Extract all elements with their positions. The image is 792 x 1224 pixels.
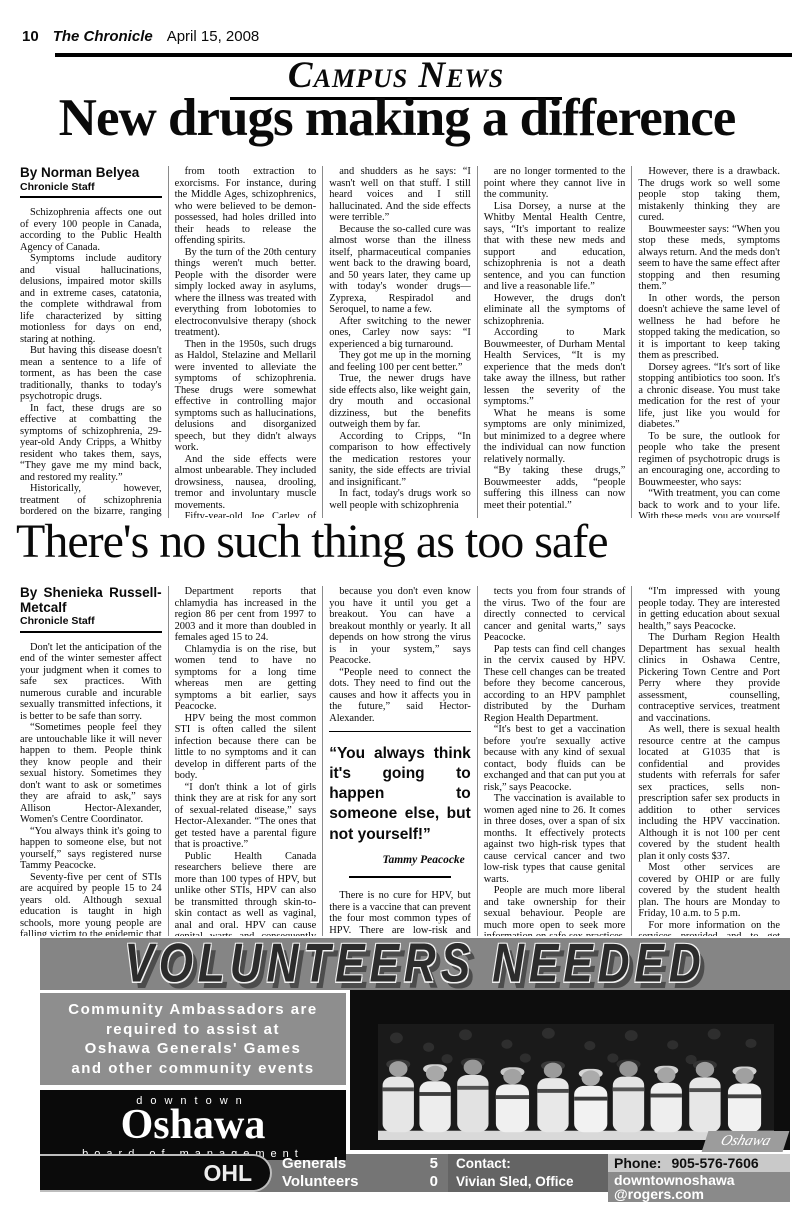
byline-author: By Norman Belyea bbox=[20, 166, 162, 181]
paragraph: because you don't even know you have it … bbox=[329, 586, 471, 667]
paragraph: By the turn of the 20th century things w… bbox=[175, 247, 317, 339]
paragraph: Public Health Canada researchers believe… bbox=[175, 851, 317, 937]
score-row-volunteers: Volunteers 0 bbox=[282, 1174, 438, 1191]
email-address: downtownoshawa @rogers.com bbox=[608, 1172, 790, 1202]
byline-organization: Chronicle Staff bbox=[20, 616, 162, 628]
paragraph: After switching to the newer ones, Carle… bbox=[329, 316, 471, 351]
team-score: 5 bbox=[430, 1156, 438, 1173]
paragraph: In fact, these drugs are so effective at… bbox=[20, 403, 162, 484]
ad-title-band: VOLUNTEERS NEEDED bbox=[40, 938, 790, 990]
paragraph: Most other services are covered by OHIP … bbox=[638, 862, 780, 920]
article1: By Norman Belyea Chronicle Staff Schizop… bbox=[20, 166, 780, 518]
article1-byline: By Norman Belyea Chronicle Staff bbox=[20, 166, 162, 198]
article2-col3-text-after: There is no cure for HPV, but there is a… bbox=[329, 890, 471, 936]
byline-organization: Chronicle Staff bbox=[20, 182, 162, 194]
article2-column-1: By Shenieka Russell-Metcalf Chronicle St… bbox=[20, 586, 168, 936]
team-photo: Oshawa bbox=[350, 990, 790, 1150]
paragraph: They got me up in the morning and feelin… bbox=[329, 350, 471, 373]
paragraph: Dorsey agrees. “It's sort of like stoppi… bbox=[638, 362, 780, 431]
article2-column-5: “I'm impressed with young people today. … bbox=[631, 586, 780, 936]
paragraph: Bouwmeester says: “When you stop these m… bbox=[638, 224, 780, 293]
article2-column-2: Department reports that chlamydia has in… bbox=[168, 586, 323, 936]
publication-name: The Chronicle bbox=[53, 28, 153, 45]
paragraph: HPV being the most common STI is often c… bbox=[175, 713, 317, 782]
article1-column-1: By Norman Belyea Chronicle Staff Schizop… bbox=[20, 166, 168, 518]
paragraph: In other words, the person doesn't achie… bbox=[638, 293, 780, 362]
paragraph: “By taking these drugs,” Bouwmeester add… bbox=[484, 465, 626, 511]
article2-col3-text-before: because you don't even know you have it … bbox=[329, 586, 471, 724]
paragraph: And the side effects were almost unbeara… bbox=[175, 454, 317, 512]
pull-quote: “You always think it's going to happen t… bbox=[329, 731, 471, 878]
article1-column-3: and shudders as he says: “I wasn't well … bbox=[322, 166, 477, 518]
ad-left-column: Community Ambassadors arerequired to ass… bbox=[40, 990, 346, 1150]
paragraph: Oshawa Generals' Games bbox=[44, 1039, 342, 1059]
paragraph: For more information on the services pro… bbox=[638, 920, 780, 937]
issue-date: April 15, 2008 bbox=[167, 28, 260, 45]
contact-details: Phone: 905-576-7606 downtownoshawa @roge… bbox=[608, 1154, 790, 1192]
contact-box: For Information Contact: Vivian Sled, Of… bbox=[448, 1154, 608, 1192]
ad-body: Community Ambassadors arerequired to ass… bbox=[40, 990, 790, 1150]
score-row-generals: Generals 5 bbox=[282, 1156, 438, 1173]
article2: By Shenieka Russell-Metcalf Chronicle St… bbox=[20, 586, 780, 936]
email-line-1: downtownoshawa bbox=[614, 1173, 784, 1187]
paragraph: “With treatment, you can come back to wo… bbox=[638, 488, 780, 518]
paragraph: “I don't think a lot of girls think they… bbox=[175, 782, 317, 851]
scoreboard: OHL Generals 5 Volunteers 0 For Informat… bbox=[40, 1154, 790, 1192]
paragraph: required to assist at bbox=[44, 1020, 342, 1040]
team-score: 0 bbox=[430, 1174, 438, 1191]
advertisement: VOLUNTEERS NEEDED Community Ambassadors … bbox=[40, 938, 790, 1190]
pull-quote-text: “You always think it's going to happen t… bbox=[329, 744, 471, 845]
ad-title: VOLUNTEERS NEEDED bbox=[124, 938, 705, 990]
paragraph: There is no cure for HPV, but there is a… bbox=[329, 890, 471, 936]
paragraph: Department reports that chlamydia has in… bbox=[175, 586, 317, 644]
paragraph: However, the drugs don't eliminate all t… bbox=[484, 293, 626, 328]
article2-byline: By Shenieka Russell-Metcalf Chronicle St… bbox=[20, 586, 162, 633]
paragraph: Don't let the anticipation of the end of… bbox=[20, 642, 162, 723]
byline-author: By Shenieka Russell-Metcalf bbox=[20, 586, 162, 615]
paragraph: In fact, today's drugs work so well peop… bbox=[329, 488, 471, 511]
paragraph: “Sometimes people feel they are untoucha… bbox=[20, 722, 162, 826]
paragraph: and shudders as he says: “I wasn't well … bbox=[329, 166, 471, 224]
article1-column-5: However, there is a drawback. The drugs … bbox=[631, 166, 780, 518]
page-header: 10 The Chronicle April 15, 2008 bbox=[22, 28, 259, 45]
contact-name: Vivian Sled, Office Manager bbox=[456, 1173, 600, 1208]
article1-headline: New drugs making a difference bbox=[20, 92, 774, 145]
paragraph: According to Mark Bouwmeester, of Durham… bbox=[484, 327, 626, 408]
paragraph: To be sure, the outlook for people who t… bbox=[638, 431, 780, 489]
paragraph: What he means is some symptoms are only … bbox=[484, 408, 626, 466]
paragraph: Community Ambassadors are bbox=[44, 1000, 342, 1020]
paragraph: Symptoms include auditory and visual hal… bbox=[20, 253, 162, 345]
page-number: 10 bbox=[22, 28, 39, 45]
paragraph: Because the so-called cure was almost wo… bbox=[329, 224, 471, 316]
paragraph: According to Cripps, “In comparison to h… bbox=[329, 431, 471, 489]
newspaper-page: 10 The Chronicle April 15, 2008 Campus N… bbox=[0, 0, 792, 1224]
email-line-2: @rogers.com bbox=[614, 1187, 784, 1201]
paragraph: As well, there is sexual health resource… bbox=[638, 724, 780, 862]
team-photo-illustration bbox=[378, 1024, 774, 1140]
paragraph: The Durham Region Health Department has … bbox=[638, 632, 780, 724]
ad-message: Community Ambassadors arerequired to ass… bbox=[40, 993, 346, 1085]
article1-col1-text: Schizophrenia affects one out of every 1… bbox=[20, 207, 162, 518]
paragraph: But having this disease doesn't mean a s… bbox=[20, 345, 162, 403]
downtown-oshawa-logo: downtown Oshawa board of management bbox=[40, 1090, 346, 1160]
pull-quote-attribution: Tammy Peacocke bbox=[329, 855, 471, 867]
ohl-badge: OHL bbox=[40, 1154, 272, 1192]
paragraph: Seventy-five per cent of STIs are acquir… bbox=[20, 872, 162, 936]
phone-label: Phone: bbox=[614, 1155, 661, 1171]
phone-strip: Phone: 905-576-7606 bbox=[608, 1154, 790, 1172]
paragraph: True, the newer drugs have side effects … bbox=[329, 373, 471, 431]
paragraph: Lisa Dorsey, a nurse at the Whitby Menta… bbox=[484, 201, 626, 293]
article1-column-4: are no longer tormented to the point whe… bbox=[477, 166, 632, 518]
paragraph: Then in the 1950s, such drugs as Haldol,… bbox=[175, 339, 317, 454]
paragraph: are no longer tormented to the point whe… bbox=[484, 166, 626, 201]
paragraph: and other community events bbox=[44, 1059, 342, 1079]
pull-quote-rule bbox=[349, 876, 451, 878]
paragraph: Pap tests can find cell changes in the c… bbox=[484, 644, 626, 725]
paragraph: The vaccination is available to women ag… bbox=[484, 793, 626, 885]
paragraph: Chlamydia is on the rise, but women tend… bbox=[175, 644, 317, 713]
logo-line-oshawa: Oshawa bbox=[40, 1107, 346, 1145]
article2-column-4: tects you from four strands of the virus… bbox=[477, 586, 632, 936]
paragraph: tects you from four strands of the virus… bbox=[484, 586, 626, 644]
paragraph: However, there is a drawback. The drugs … bbox=[638, 166, 780, 224]
paragraph: “I'm impressed with young people today. … bbox=[638, 586, 780, 632]
team-name: Volunteers bbox=[282, 1174, 358, 1191]
paragraph: “You always think it's going to happen t… bbox=[20, 826, 162, 872]
ohl-label: OHL bbox=[203, 1160, 252, 1187]
paragraph: from tooth extraction to exorcisms. For … bbox=[175, 166, 317, 247]
oshawa-corner-logo: Oshawa bbox=[701, 1131, 789, 1152]
paragraph: Schizophrenia affects one out of every 1… bbox=[20, 207, 162, 253]
phone-number: 905-576-7606 bbox=[671, 1155, 758, 1171]
article2-column-3: because you don't even know you have it … bbox=[322, 586, 477, 936]
paragraph: People are much more liberal and take ow… bbox=[484, 885, 626, 936]
article1-column-2: from tooth extraction to exorcisms. For … bbox=[168, 166, 323, 518]
paragraph: “It's best to get a vaccination before y… bbox=[484, 724, 626, 793]
article2-headline: There's no such thing as too safe bbox=[16, 518, 786, 566]
article2-col1-text: Don't let the anticipation of the end of… bbox=[20, 642, 162, 936]
team-name: Generals bbox=[282, 1156, 346, 1173]
paragraph: Historically, however, treatment of schi… bbox=[20, 483, 162, 518]
score-table: Generals 5 Volunteers 0 bbox=[272, 1154, 448, 1192]
paragraph: “People need to connect the dots. They n… bbox=[329, 667, 471, 725]
